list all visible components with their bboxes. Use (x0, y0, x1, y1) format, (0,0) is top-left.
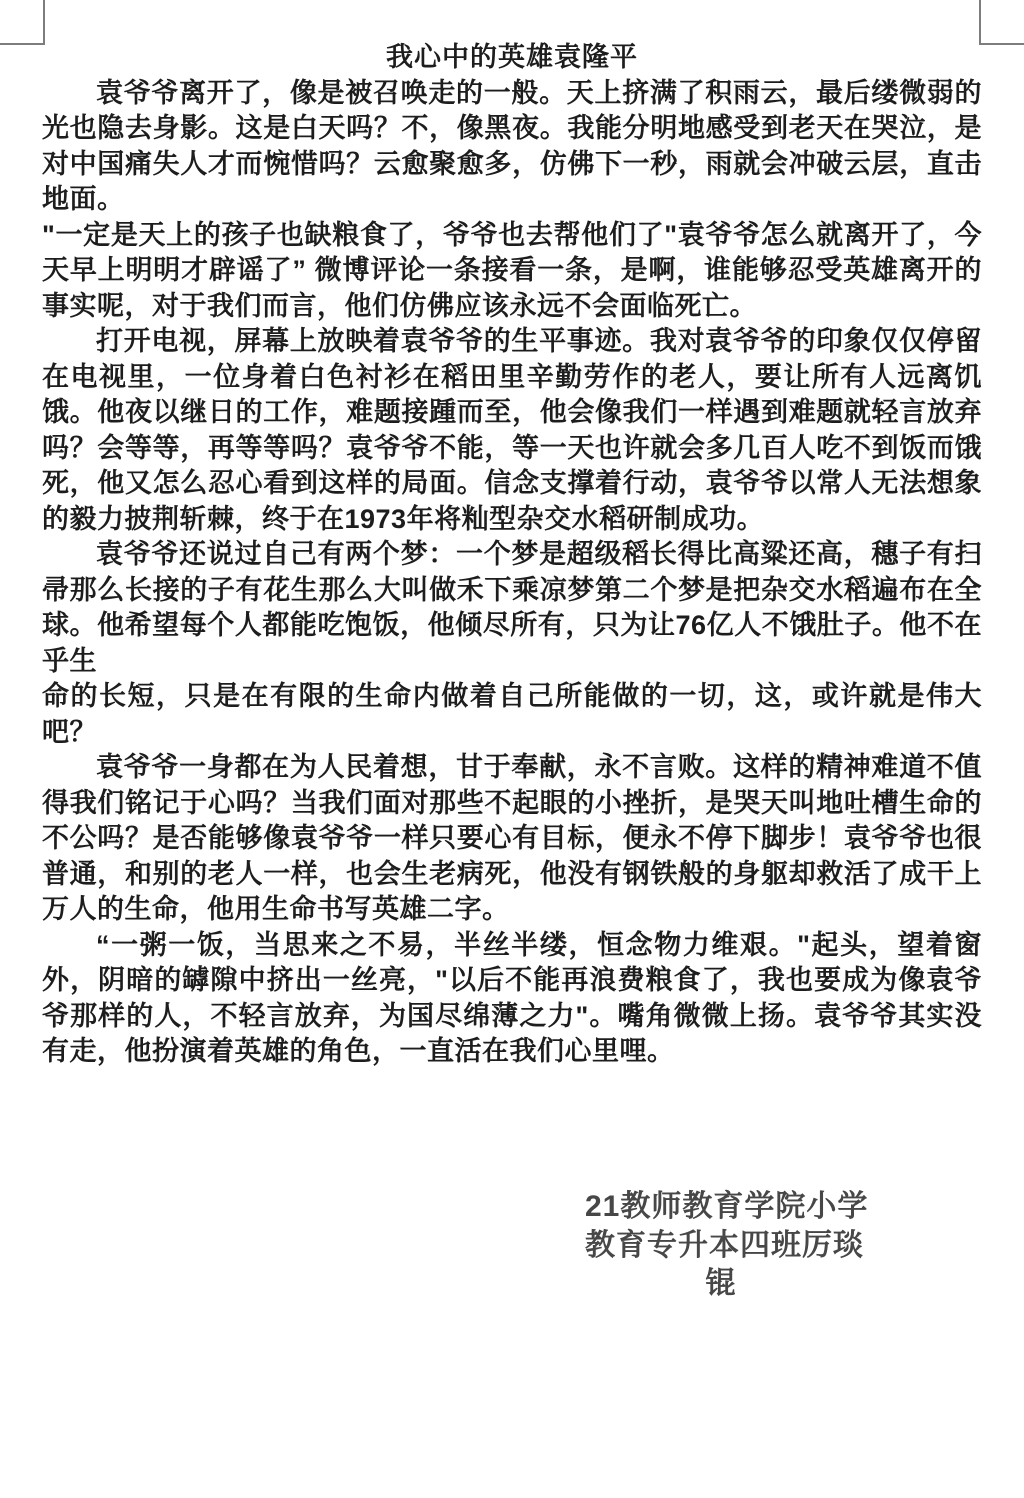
essay-paragraph: "一定是天上的孩子也缺粮食了，爷爷也去帮他们了"袁爷爷怎么就离开了，今天早上明明… (42, 218, 982, 325)
signature-block: 21教师教育学院小学 教育专升本四班厉琰 锟 (585, 1188, 857, 1304)
scan-corner-mark-top-left (0, 0, 45, 45)
essay-paragraph: “一粥一饭，当思来之不易，半丝半缕，恒念物力维艰。"起头，望着窗外，阴暗的罅隙中… (42, 928, 982, 1070)
essay-paragraph: 打开电视，屏幕上放映着袁爷爷的生平事迹。我对袁爷爷的印象仅仅停留在电视里，一位身… (42, 324, 982, 537)
essay-paragraph: 袁爷爷一身都在为人民着想，甘于奉献，永不言败。这样的精神难道不值得我们铭记于心吗… (42, 750, 982, 928)
essay-paragraphs: 袁爷爷离开了，像是被召唤走的一般。天上挤满了积雨云，最后缕微弱的光也隐去身影。这… (42, 76, 982, 1070)
signature-line: 教育专升本四班厉琰 (585, 1227, 857, 1266)
essay-paragraph: 命的长短，只是在有限的生命内做着自己所能做的一切，这，或许就是伟大吧？ (42, 679, 982, 750)
essay-paragraph: 袁爷爷离开了，像是被召唤走的一般。天上挤满了积雨云，最后缕微弱的光也隐去身影。这… (42, 76, 982, 218)
scan-corner-mark-top-right (979, 0, 1024, 45)
signature-line: 21教师教育学院小学 (585, 1188, 857, 1227)
scanned-essay-page: { "page": { "background": "#ffffff", "te… (0, 0, 1024, 1498)
essay-title: 我心中的英雄袁隆平 (42, 40, 982, 76)
essay-body: 我心中的英雄袁隆平 袁爷爷离开了，像是被召唤走的一般。天上挤满了积雨云，最后缕微… (42, 40, 982, 1070)
essay-paragraph: 袁爷爷还说过自己有两个梦：一个梦是超级稻长得比高粱还高，穗子有扫帚那么长接的子有… (42, 537, 982, 679)
signature-line: 锟 (585, 1265, 857, 1304)
